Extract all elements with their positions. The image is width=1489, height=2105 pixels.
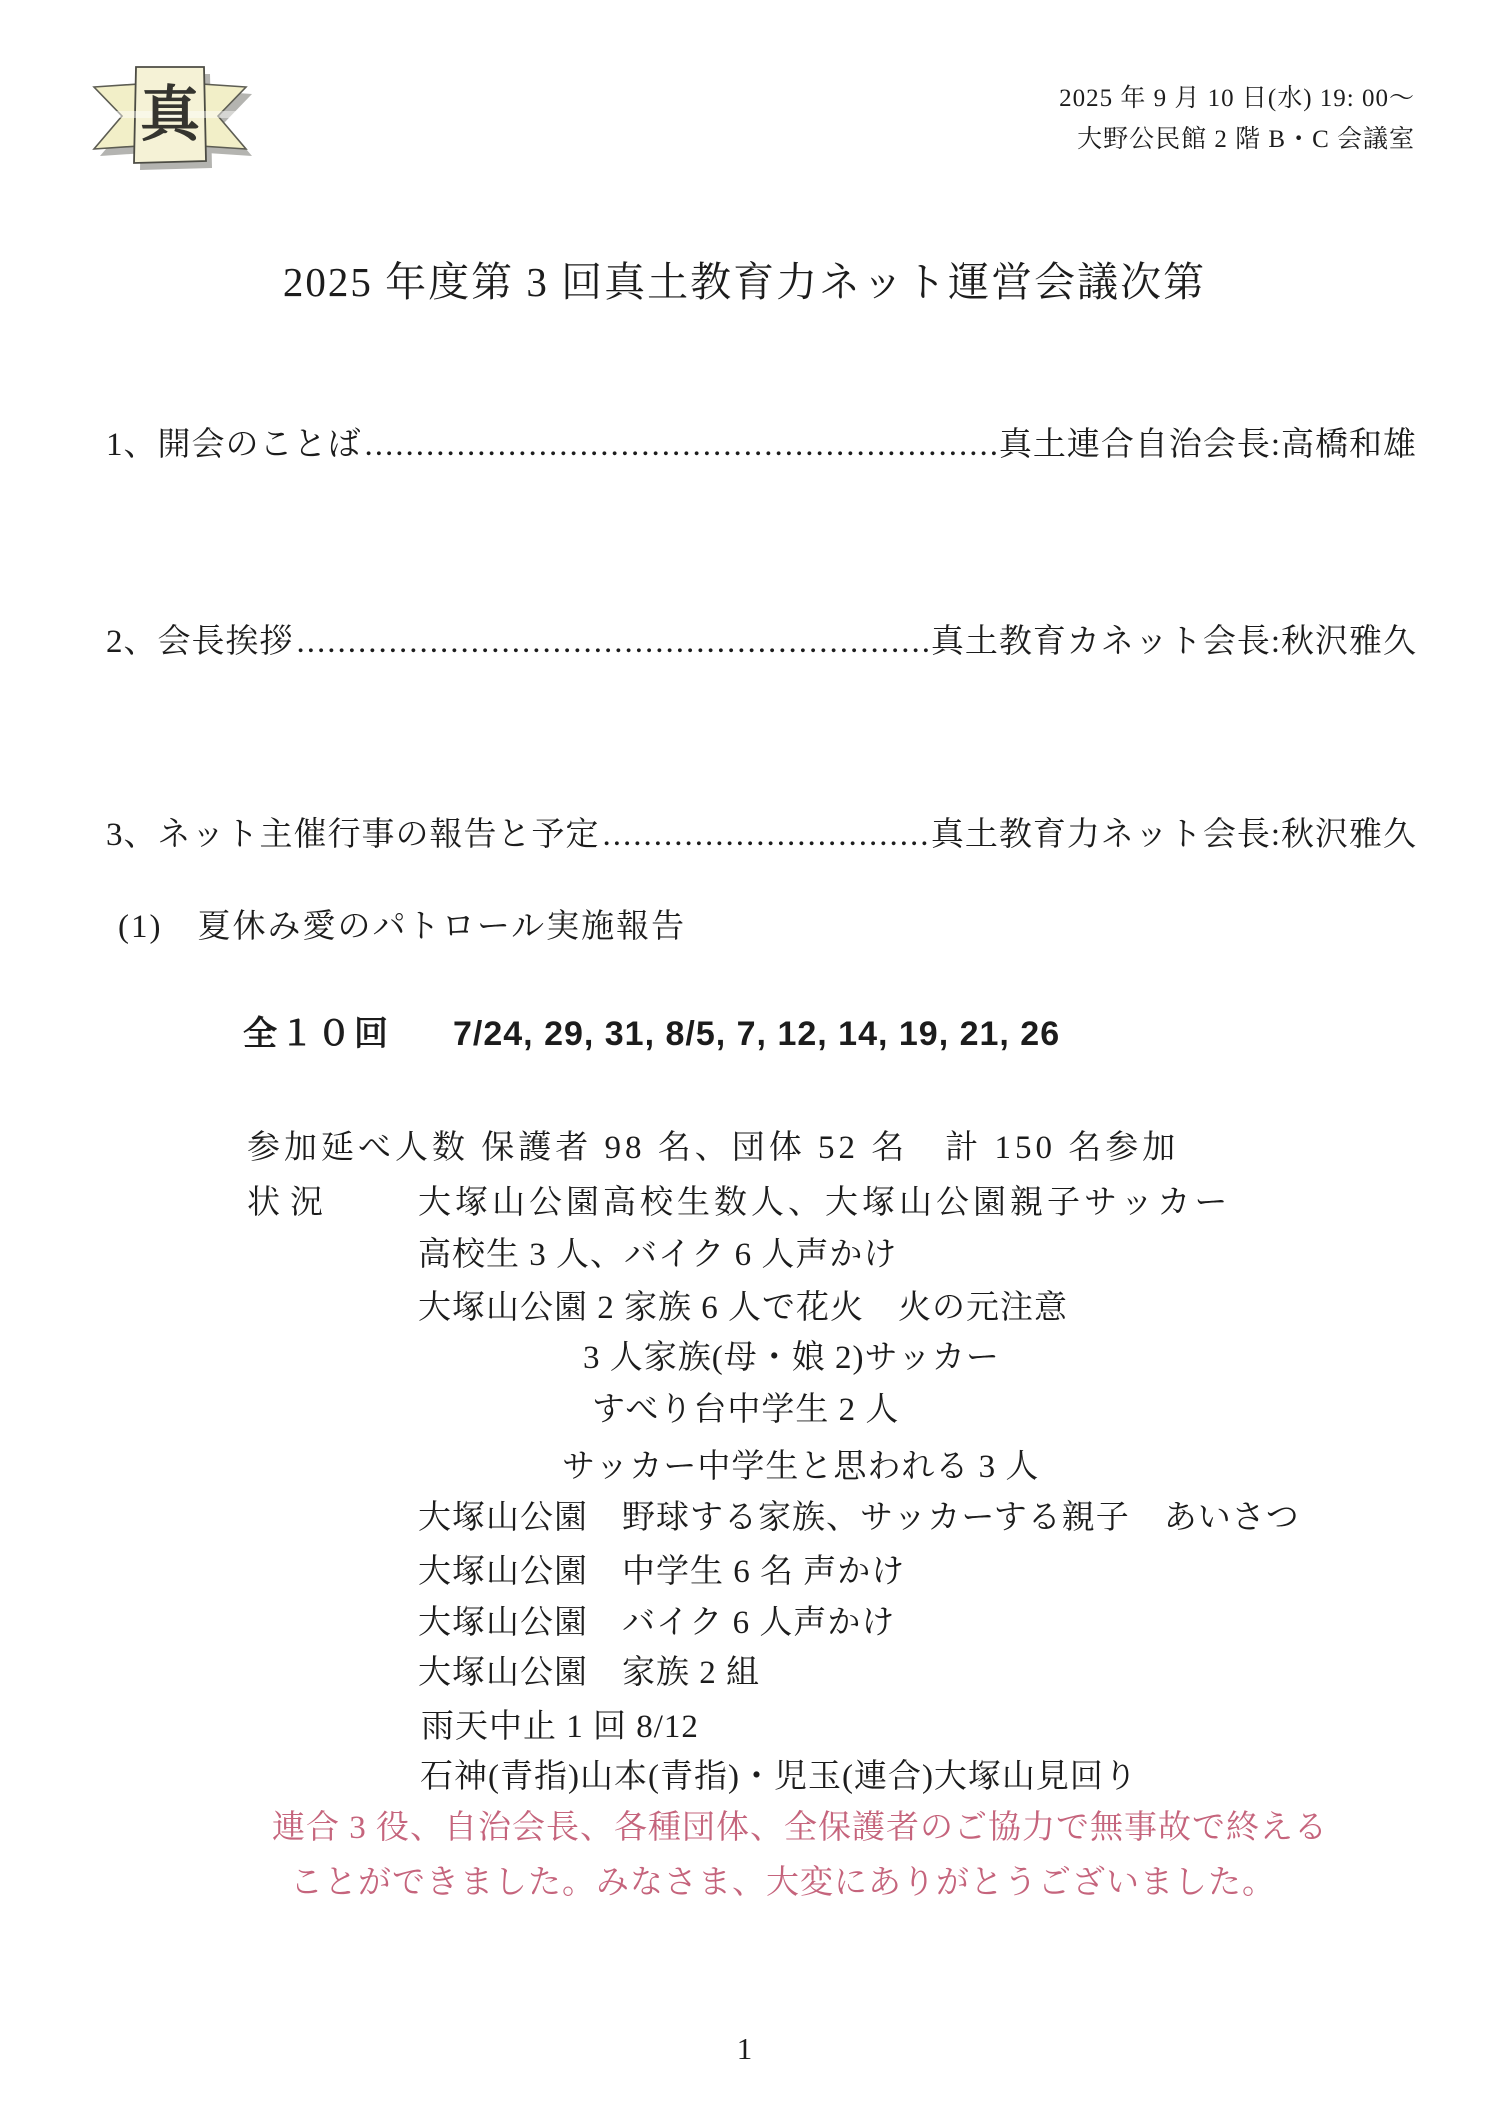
- status-line-3: 大塚山公園 2 家族 6 人で花火 火の元注意: [418, 1281, 1068, 1328]
- agenda-item-1: 1、開会のことば ...............................…: [106, 418, 1417, 465]
- agenda-item-3: 3、ネット主催行事の報告と予定 ........................…: [106, 808, 1417, 855]
- status-line-9: 大塚山公園 バイク 6 人声かけ: [418, 1596, 895, 1643]
- makoto-ribbon-logo: 真: [84, 55, 256, 175]
- status-line-1: 大塚山公園高校生数人、大塚山公園親子サッカー: [418, 1176, 1231, 1223]
- agenda-item-1-leader-dots: ........................................…: [362, 427, 999, 464]
- meeting-agenda-document: 真 2025 年 9 月 10 日(水) 19: 00～ 大野公民館 2 階 B…: [0, 0, 1489, 2105]
- section-1-heading: (1) 夏休み愛のパトロール実施報告: [118, 900, 686, 947]
- status-line-5: すべり台中学生 2 人: [592, 1383, 899, 1430]
- document-title: 2025 年度第 3 回真土教育力ネット運営会議次第: [0, 249, 1489, 308]
- ribbon-logo-graphic: 真: [84, 55, 256, 175]
- agenda-item-3-label: 3、ネット主催行事の報告と予定: [106, 808, 600, 855]
- meeting-datetime: 2025 年 9 月 10 日(水) 19: 00～: [1059, 78, 1415, 119]
- page-number: 1: [0, 2031, 1489, 2067]
- rounds-dates: 7/24, 29, 31, 8/5, 7, 12, 14, 19, 21, 26: [453, 1015, 1060, 1053]
- status-line-6: サッカー中学生と思われる 3 人: [562, 1440, 1039, 1487]
- agenda-item-1-speaker: 真土連合自治会長:高橋和雄: [999, 418, 1417, 465]
- meeting-location: 大野公民館 2 階 B・C 会議室: [1059, 119, 1415, 160]
- agenda-item-2: 2、会長挨拶 .................................…: [106, 615, 1417, 662]
- thanks-note-line-1: 連合 3 役、自治会長、各種団体、全保護者のご協力で無事故で終える: [272, 1801, 1328, 1848]
- meeting-header: 2025 年 9 月 10 日(水) 19: 00～ 大野公民館 2 階 B・C…: [1059, 78, 1415, 160]
- logo-kanji: 真: [140, 82, 202, 148]
- patrol-rounds-line: 全１０回7/24, 29, 31, 8/5, 7, 12, 14, 19, 21…: [243, 1006, 1060, 1055]
- status-label: 状況: [247, 1176, 333, 1223]
- status-line-10: 大塚山公園 家族 2 組: [418, 1646, 760, 1693]
- status-line-4: 3 人家族(母・娘 2)サッカー: [583, 1331, 1000, 1378]
- status-line-12: 石神(青指)山本(青指)・児玉(連合)大塚山見回り: [420, 1750, 1138, 1797]
- status-line-2: 高校生 3 人、バイク 6 人声かけ: [418, 1228, 897, 1275]
- agenda-item-3-speaker: 真土教育力ネット会長:秋沢雅久: [931, 808, 1417, 855]
- agenda-item-2-label: 2、会長挨拶: [106, 615, 294, 662]
- thanks-note-line-2: ことができました。みなさま、大変にありがとうございました。: [290, 1856, 1276, 1903]
- agenda-item-2-leader-dots: ........................................…: [294, 624, 931, 661]
- status-line-11: 雨天中止 1 回 8/12: [421, 1700, 699, 1747]
- agenda-item-3-leader-dots: ........................................…: [600, 817, 931, 854]
- agenda-item-1-label: 1、開会のことば: [106, 418, 362, 465]
- participants-summary: 参加延べ人数 保護者 98 名、団体 52 名 計 150 名参加: [247, 1121, 1179, 1168]
- agenda-item-2-speaker: 真土教育カネット会長:秋沢雅久: [931, 615, 1417, 662]
- rounds-total-label: 全１０回: [243, 1015, 391, 1053]
- status-line-7: 大塚山公園 野球する家族、サッカーする親子 あいさつ: [418, 1491, 1300, 1538]
- status-line-8: 大塚山公園 中学生 6 名 声かけ: [418, 1545, 905, 1592]
